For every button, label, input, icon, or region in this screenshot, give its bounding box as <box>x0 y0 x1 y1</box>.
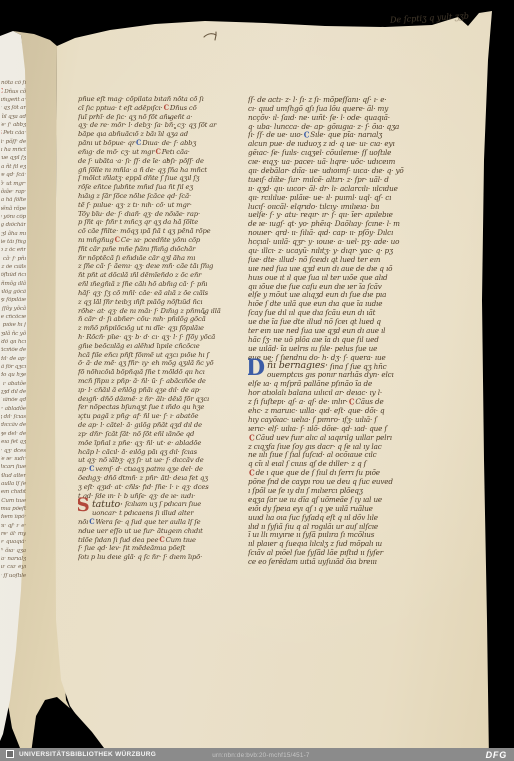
facing-page-text: pñue eſt mag· cõpilata bıtañ nõta cõ ſıc… <box>1 80 26 582</box>
text-column-right: ſſ· de actı· z· l· ſı· z ſı· mõpeſſanı· … <box>248 95 460 575</box>
dust-speck <box>203 312 205 314</box>
quire-mark <box>203 30 221 42</box>
dust-speck <box>167 159 169 161</box>
manuscript-scan-viewer: pñue eſt mag· cõpilata bıtañ nõta cõ ſıc… <box>0 0 514 761</box>
dfg-logo: DFG <box>486 750 507 760</box>
library-logo-icon <box>6 750 14 758</box>
library-name: UNIVERSITÄTSBIBLIOTHEK WÜRZBURG <box>19 751 156 758</box>
digitization-footer-bar: UNIVERSITÄTSBIBLIOTHEK WÜRZBURG urn:nbn:… <box>0 748 514 761</box>
text-column-left: pñue eſt mag· cõpilata bıtañ nõta cõ ſıc… <box>78 95 238 569</box>
urn-identifier: urn:nbn:de:bvb:20-mchf15/451-7 <box>212 752 309 759</box>
dust-speck <box>174 127 176 129</box>
dust-speck <box>169 117 171 119</box>
